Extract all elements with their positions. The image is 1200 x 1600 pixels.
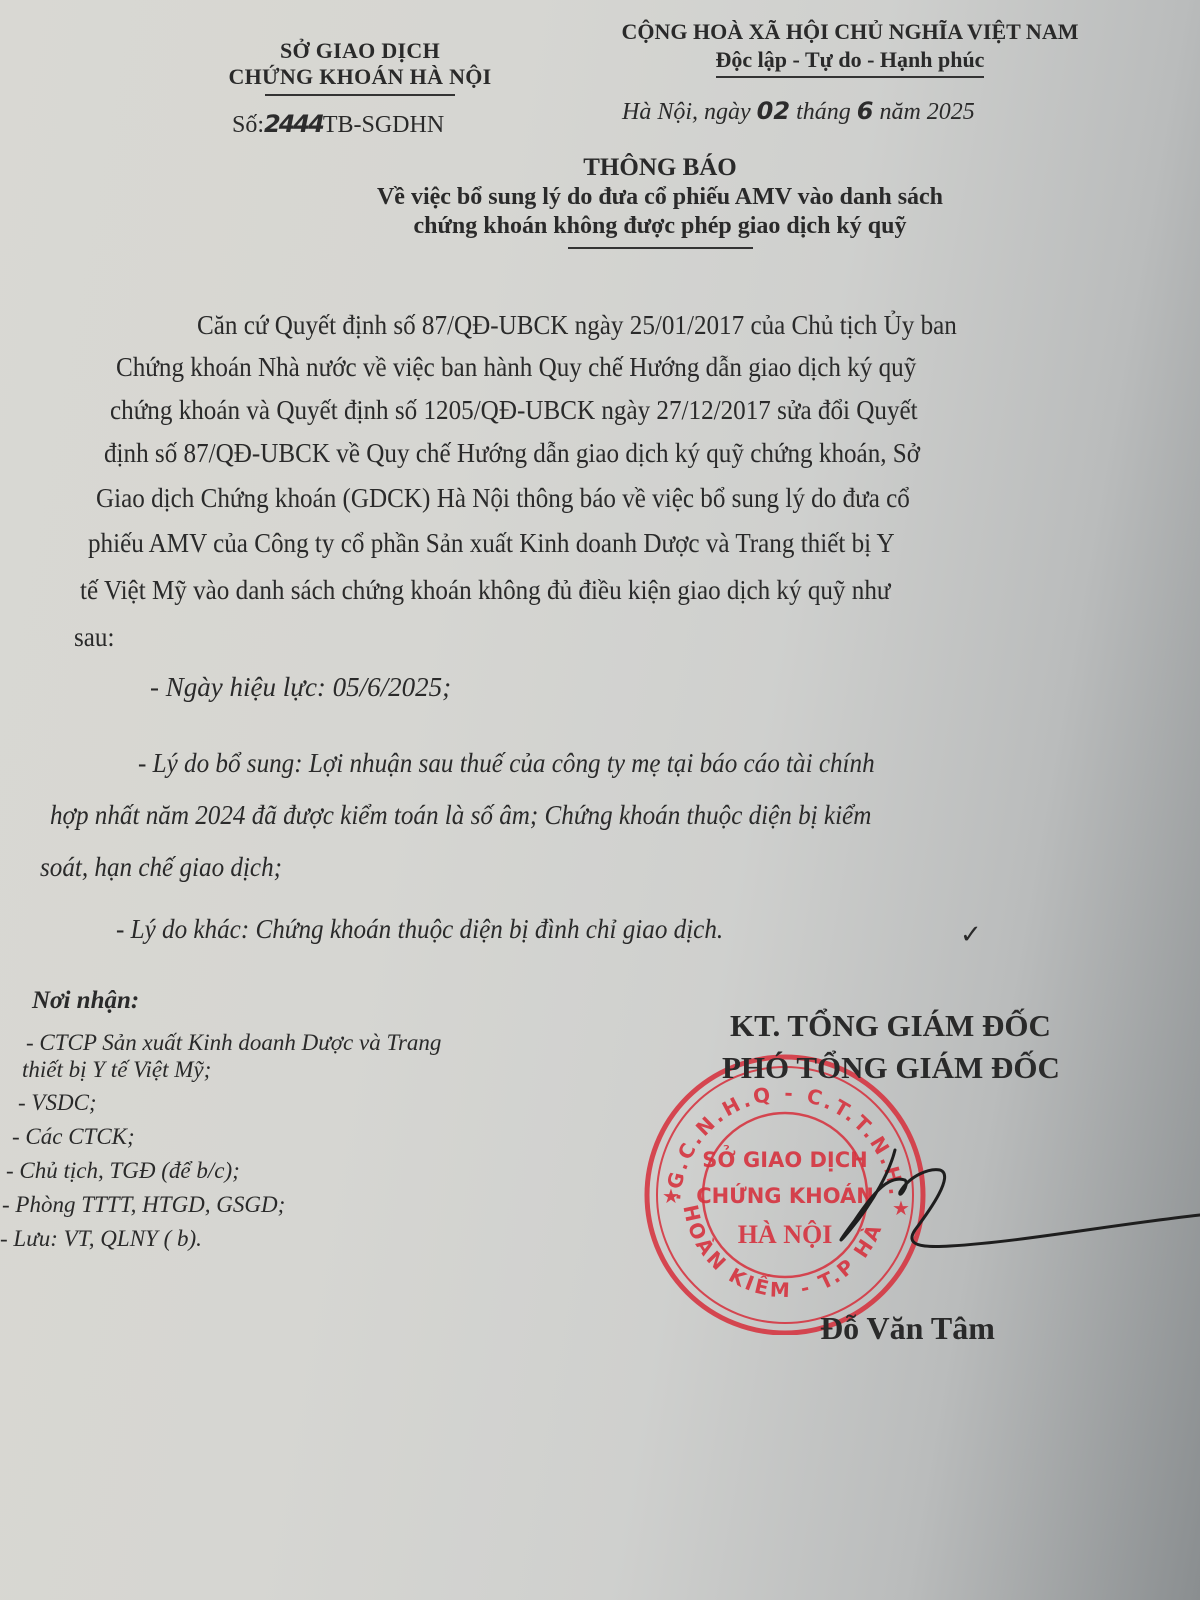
doc-number-handwritten: 2444 bbox=[264, 110, 323, 138]
body-line: phiếu AMV của Công ty cổ phần Sản xuất K… bbox=[88, 528, 895, 558]
handwritten-signature bbox=[780, 1130, 1200, 1270]
body-line: Chứng khoán Nhà nước về việc ban hành Qu… bbox=[116, 352, 916, 382]
recipient-item: - Chủ tịch, TGĐ (để b/c); bbox=[6, 1156, 240, 1186]
doc-number-prefix: Số: bbox=[232, 112, 264, 138]
document-number: Số:2444TB-SGDHN bbox=[232, 110, 444, 139]
check-mark-icon: ✓ bbox=[960, 920, 982, 950]
body-line: Giao dịch Chứng khoán (GDCK) Hà Nội thôn… bbox=[96, 483, 910, 513]
body-line: định số 87/QĐ-UBCK về Quy chế Hướng dẫn … bbox=[104, 438, 920, 468]
reason-add-line: soát, hạn chế giao dịch; bbox=[40, 852, 282, 882]
date-month-label: tháng bbox=[796, 99, 857, 125]
body-line: sau: bbox=[74, 622, 114, 652]
signer-name: Đỗ Văn Tâm bbox=[820, 1310, 995, 1347]
date-month: 6 bbox=[857, 97, 874, 125]
reason-other-item: - Lý do khác: Chứng khoán thuộc diện bị … bbox=[116, 914, 723, 944]
notice-title: THÔNG BÁO Về việc bổ sung lý do đưa cổ p… bbox=[300, 153, 1020, 249]
body-line: tế Việt Mỹ vào danh sách chứng khoán khô… bbox=[80, 575, 890, 605]
national-header: CỘNG HOÀ XÃ HỘI CHỦ NGHĨA VIỆT NAM Độc l… bbox=[570, 18, 1130, 78]
effective-date-item: - Ngày hiệu lực: 05/6/2025; bbox=[150, 672, 451, 702]
issuer-name-line1: SỞ GIAO DỊCH bbox=[200, 38, 520, 64]
title-underline bbox=[568, 247, 753, 249]
signature-title-line1: KT. TỔNG GIÁM ĐỐC bbox=[730, 1008, 1051, 1044]
title-subject-line2: chứng khoán không được phép giao dịch ký… bbox=[300, 212, 1020, 241]
body-line: chứng khoán và Quyết định số 1205/QĐ-UBC… bbox=[110, 395, 918, 425]
country-name: CỘNG HOÀ XÃ HỘI CHỦ NGHĨA VIỆT NAM bbox=[570, 18, 1130, 46]
recipient-item: - Lưu: VT, QLNY ( b). bbox=[0, 1224, 202, 1254]
recipients-heading: Nơi nhận: bbox=[32, 986, 139, 1016]
date-line: Hà Nội, ngày 02 tháng 6 năm 2025 bbox=[622, 97, 975, 126]
issuer-block: SỞ GIAO DỊCH CHỨNG KHOÁN HÀ NỘI bbox=[200, 38, 520, 96]
recipient-item: - Các CTCK; bbox=[12, 1122, 135, 1152]
recipient-item: - VSDC; bbox=[18, 1088, 97, 1118]
date-year: năm 2025 bbox=[873, 99, 974, 125]
issuer-underline bbox=[265, 94, 455, 96]
national-motto: Độc lập - Tự do - Hạnh phúc bbox=[716, 46, 985, 78]
title-subject-line1: Về việc bổ sung lý do đưa cổ phiếu AMV v… bbox=[300, 183, 1020, 212]
title-heading: THÔNG BÁO bbox=[300, 153, 1020, 183]
body-line: Căn cứ Quyết định số 87/QĐ-UBCK ngày 25/… bbox=[197, 310, 957, 340]
doc-number-suffix: TB-SGDHN bbox=[323, 112, 444, 138]
recipient-item: - CTCP Sản xuất Kinh doanh Dược và Trang bbox=[26, 1028, 441, 1058]
reason-add-line: hợp nhất năm 2024 đã được kiểm toán là s… bbox=[50, 800, 871, 830]
date-day: 02 bbox=[757, 97, 790, 125]
reason-add-line: - Lý do bổ sung: Lợi nhuận sau thuế của … bbox=[138, 748, 875, 778]
issuer-name-line2: CHỨNG KHOÁN HÀ NỘI bbox=[200, 64, 520, 90]
date-prefix: Hà Nội, ngày bbox=[622, 99, 757, 125]
signature-title-line2: PHÓ TỔNG GIÁM ĐỐC bbox=[722, 1050, 1060, 1086]
star-icon: ★ bbox=[662, 1184, 680, 1208]
recipient-item: - Phòng TTTT, HTGD, GSGD; bbox=[2, 1190, 285, 1220]
recipient-item: thiết bị Y tế Việt Mỹ; bbox=[22, 1055, 211, 1085]
